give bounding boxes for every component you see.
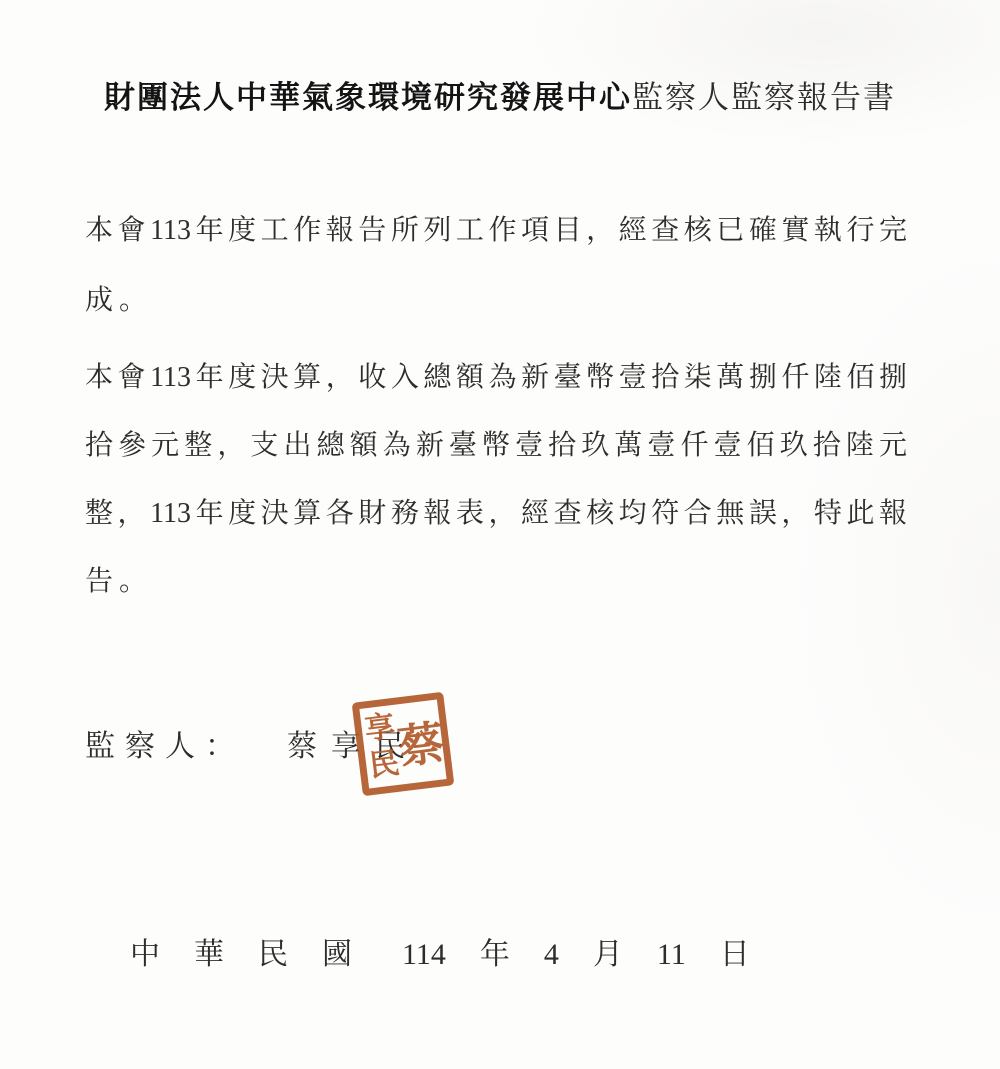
date-token: 民: [258, 934, 288, 976]
date-token: 4: [544, 934, 559, 976]
date-line: 中華民國114年4月11日: [130, 934, 750, 976]
body-line: 本會113年度決算，收入總額為新臺幣壹拾柒萬捌仟陸佰捌: [85, 344, 907, 412]
seal-char-surname: 蔡: [394, 706, 448, 777]
paragraph-financial-report: 本會113年度決算，收入總額為新臺幣壹拾柒萬捌仟陸佰捌拾參元整，支出總額為新臺幣…: [85, 344, 907, 616]
supervisor-label: 監察人：: [85, 721, 245, 765]
name-seal-stamp: 享 民 蔡: [352, 692, 455, 797]
organization-name: 財團法人中華氣象環境研究發展中心: [104, 80, 632, 115]
body-line: 拾參元整，支出總額為新臺幣壹拾玖萬壹仟壹佰玖拾陸元: [85, 412, 907, 480]
date-token: 中: [130, 934, 160, 976]
body-line: 本會113年度工作報告所列工作項目，經查核已確實執行完: [85, 196, 907, 266]
date-token: 國: [322, 934, 352, 976]
seal-char-top: 享: [363, 710, 397, 745]
date-token: 月: [593, 934, 623, 976]
body-line: 成。: [85, 266, 907, 336]
scanned-report-page: 財團法人中華氣象環境研究發展中心監察人監察報告書 本會113年度工作報告所列工作…: [0, 0, 1000, 1069]
paragraph-work-report: 本會113年度工作報告所列工作項目，經查核已確實執行完成。: [85, 196, 907, 336]
date-token: 114: [402, 934, 446, 976]
date-token: 11: [657, 934, 686, 976]
date-token: 華: [194, 934, 224, 976]
seal-right-column: 蔡: [395, 700, 447, 785]
date-token: 年: [480, 934, 510, 976]
title-suffix: 監察人監察報告書: [632, 80, 896, 115]
document-title: 財團法人中華氣象環境研究發展中心監察人監察報告書: [0, 76, 1000, 120]
date-token: 日: [720, 934, 750, 976]
body-line: 整，113年度決算各財務報表，經查核均符合無誤，特此報: [85, 480, 907, 548]
seal-char-bottom: 民: [368, 747, 402, 782]
body-line: 告。: [85, 548, 907, 616]
